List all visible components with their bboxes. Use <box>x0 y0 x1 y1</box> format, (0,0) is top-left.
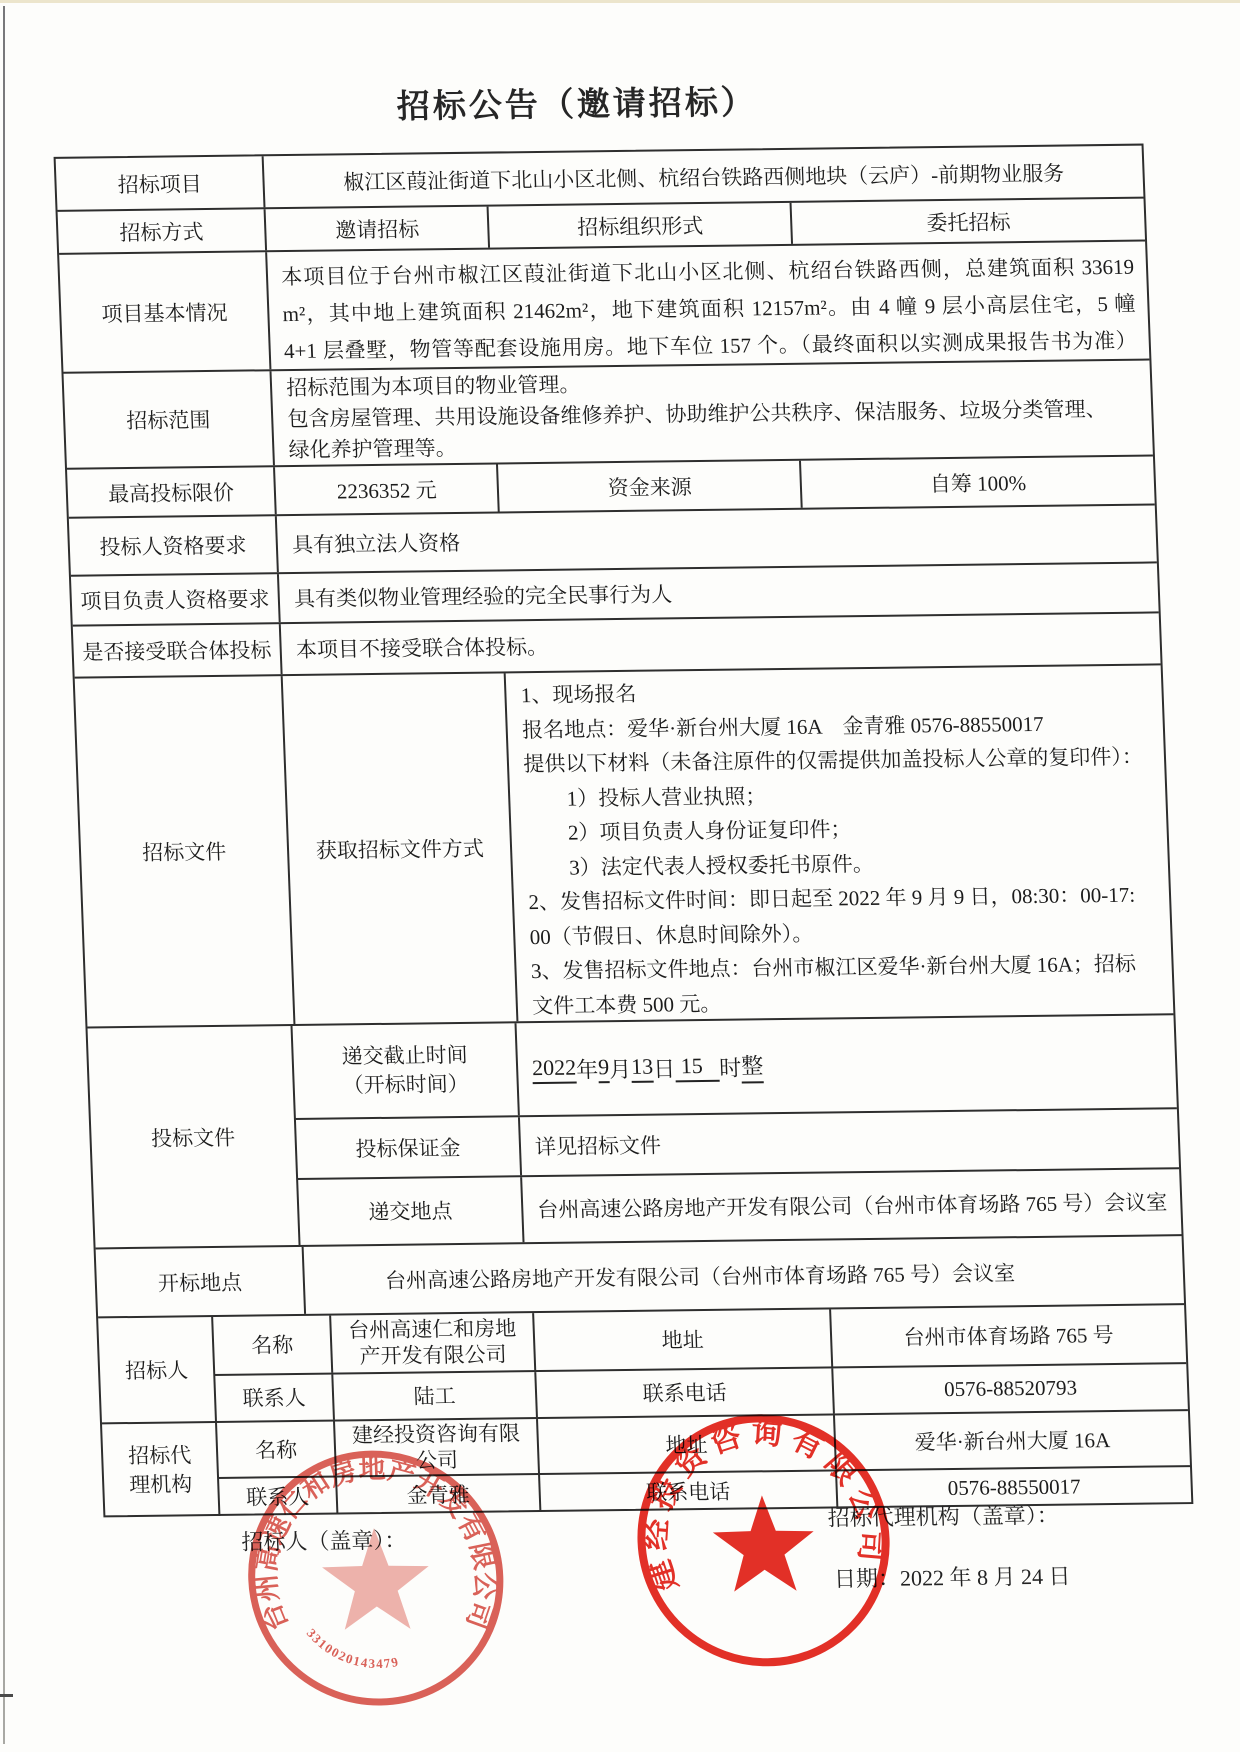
row-opening-place: 开标地点 台州高速公路房地产开发有限公司（台州市体育场路 765 号）会议室 <box>96 1234 1184 1316</box>
obtain-method-lines: 1、现场报名报名地点：爱华·新台州大厦 16A 金青雅 0576-8855001… <box>506 666 1164 1024</box>
org-form-value: 委托招标 <box>790 199 1145 244</box>
agency-company-stamp: 建经投资咨询有限公司 <box>624 1407 904 1680</box>
document-sheet: 招标公告（邀请招标） 招标项目 椒江区葭沚街道下北山小区北侧、杭绍台铁路西侧地块… <box>0 0 1240 1752</box>
stamp-star-icon <box>711 1495 815 1592</box>
deadline-value: 2022 年 9 月 13 日 15 时整 <box>514 1015 1176 1115</box>
page-title: 招标公告（邀请招标） <box>0 71 1178 133</box>
basic-info-value: 本项目位于台州市椒江区葭沚街道下北山小区北侧、杭绍台铁路西侧，总建筑面积 336… <box>265 242 1149 370</box>
group-tender-documents: 投标文件 递交截止时间（开标时间） 2022 年 9 月 13 日 15 时整 … <box>87 1013 1181 1247</box>
stamp-serial-text: 3310020143479 <box>303 1625 401 1672</box>
obtain-method-value: 1、现场报名报名地点：爱华·新台州大厦 16A 金青雅 0576-8855001… <box>504 665 1173 1021</box>
agency-label: 招标代理机构 <box>102 1423 218 1517</box>
deposit-value: 详见招标文件 <box>518 1109 1179 1174</box>
opening-place-label: 开标地点 <box>96 1247 305 1316</box>
svg-text:3310020143479: 3310020143479 <box>303 1625 401 1672</box>
row-scope: 招标范围 招标范围为本项目的物业管理。包含房屋管理、共用设施设备维修养护、协助维… <box>63 359 1152 468</box>
tenderer-contact-value: 陆工 <box>331 1372 536 1420</box>
row-basic-info: 项目基本情况 本项目位于台州市椒江区葭沚街道下北山小区北侧、杭绍台铁路西侧，总建… <box>59 240 1149 372</box>
scan-corner-mark <box>0 1694 13 1697</box>
submit-place-label: 递交地点 <box>296 1177 522 1245</box>
basic-info-label: 项目基本情况 <box>59 252 270 371</box>
tenderer-name-text: 台州高速仁和房地产开发有限公司 <box>331 1316 534 1370</box>
tender-documents-label: 投标文件 <box>88 1026 299 1247</box>
fund-source-value: 自筹 100% <box>799 456 1154 507</box>
project-label: 招标项目 <box>56 156 264 210</box>
tenderer-subrows: 名称 台州高速仁和房地产开发有限公司 地址 台州市体育场路 765 号 联系人 … <box>211 1305 1188 1421</box>
stamp-star-icon <box>321 1527 431 1630</box>
tenderer-contact-label: 联系人 <box>213 1374 333 1421</box>
tenderer-address-value: 台州市体育场路 765 号 <box>829 1305 1186 1366</box>
deposit-label: 投标保证金 <box>294 1117 520 1177</box>
org-form-label: 招标组织形式 <box>487 203 791 248</box>
max-price-label: 最高投标限价 <box>67 467 275 517</box>
method-label: 招标方式 <box>58 209 266 253</box>
bidder-qualification-label: 投标人资格要求 <box>69 516 277 574</box>
announcement-table: 招标项目 椒江区葭沚街道下北山小区北侧、杭绍台铁路西侧地块（云庐）-前期物业服务… <box>54 144 1194 1518</box>
group-tenderer: 招标人 名称 台州高速仁和房地产开发有限公司 地址 台州市体育场路 765 号 … <box>98 1303 1188 1422</box>
opening-place-value: 台州高速公路房地产开发有限公司（台州市体育场路 765 号）会议室 <box>302 1236 1184 1314</box>
deadline-label-lines: 递交截止时间（开标时间） <box>341 1041 469 1101</box>
deadline-label: 递交截止时间（开标时间） <box>291 1023 518 1118</box>
submit-place-value: 台州高速公路房地产开发有限公司（台州市体育场路 765 号）会议室 <box>520 1169 1181 1242</box>
fund-source-label: 资金来源 <box>496 461 801 512</box>
tenderer-label: 招标人 <box>98 1317 215 1422</box>
bid-documents-label: 招标文件 <box>75 676 294 1026</box>
obtain-method-label: 获取招标文件方式 <box>281 673 517 1024</box>
project-value: 椒江区葭沚街道下北山小区北侧、杭绍台铁路西侧地块（云庐）-前期物业服务 <box>262 146 1144 208</box>
scope-value: 招标范围为本项目的物业管理。包含房屋管理、共用设施设备维修养护、协助维护公共秩序… <box>270 361 1153 466</box>
tenderer-address-label: 地址 <box>532 1309 831 1369</box>
tenderer-name-value: 台州高速仁和房地产开发有限公司 <box>329 1313 534 1372</box>
bidder-qualification-value: 具有独立法人资格 <box>275 505 1157 572</box>
tenderer-name-label: 名称 <box>211 1316 331 1374</box>
row-deadline: 递交截止时间（开标时间） 2022 年 9 月 13 日 15 时整 <box>291 1015 1177 1118</box>
pm-qualification-label: 项目负责人资格要求 <box>71 574 279 625</box>
max-price-value: 2236352 元 <box>273 464 498 514</box>
method-value: 邀请招标 <box>264 207 489 251</box>
row-bid-documents: 招标文件 获取招标文件方式 1、现场报名报名地点：爱华·新台州大厦 16A 金青… <box>75 663 1174 1026</box>
row-deposit: 投标保证金 详见招标文件 <box>294 1107 1179 1177</box>
consortium-label: 是否接受联合体投标 <box>73 624 281 677</box>
row-submit-place: 递交地点 台州高速公路房地产开发有限公司（台州市体育场路 765 号）会议室 <box>296 1167 1181 1245</box>
scope-label: 招标范围 <box>64 371 274 467</box>
agency-label-lines: 招标代理机构 <box>128 1441 193 1500</box>
tenderer-company-stamp: 台州高速仁和房地产开发有限公司 3310020143479 <box>231 1437 521 1720</box>
scope-lines: 招标范围为本项目的物业管理。包含房屋管理、共用设施设备维修养护、协助维护公共秩序… <box>272 361 1118 466</box>
basic-info-lines: 本项目位于台州市椒江区葭沚街道下北山小区北侧、杭绍台铁路西侧，总建筑面积 336… <box>267 242 1149 371</box>
tender-documents-subrows: 递交截止时间（开标时间） 2022 年 9 月 13 日 15 时整 投标保证金… <box>291 1015 1182 1245</box>
